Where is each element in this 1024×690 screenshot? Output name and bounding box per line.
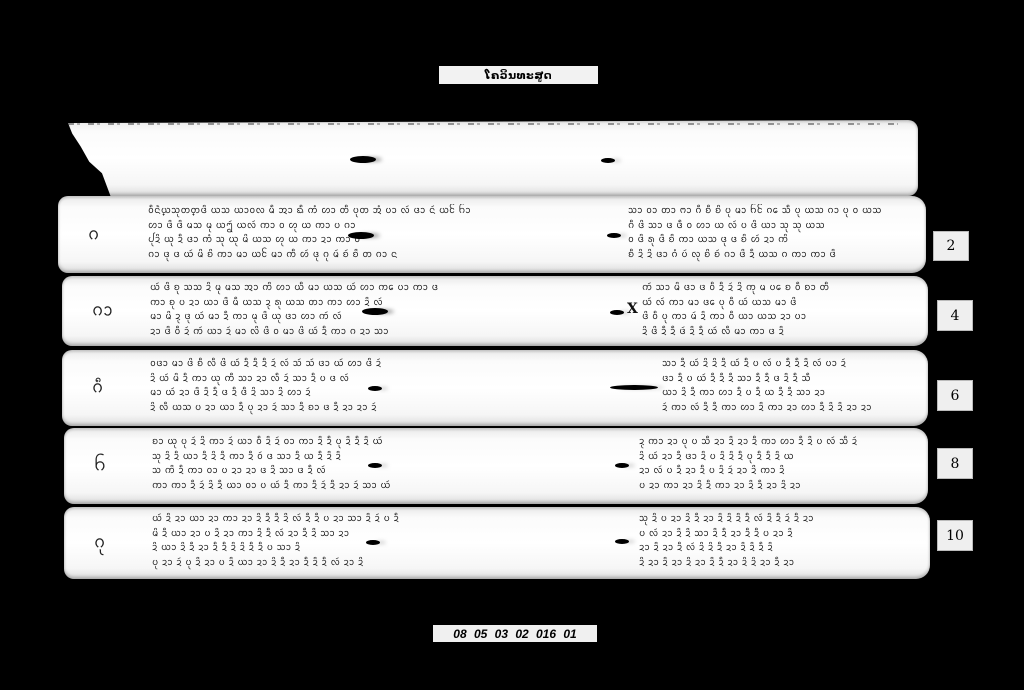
leaf-text-left: ᩅᨴᩣ ᨾᩣ ᨴᩦ ᨧᩥ ᩃᩥ ᨴᩦ ᨿᩢ ᨯᩥ ᨯᩥ ᨯᩥ ᨯᩢ ᩃᩢ ᩈᩢ …: [150, 357, 630, 415]
text-line: ᨾᩦ ᨯᩥ ᨿᩣ ᨯᩣ ᨷ ᨯᩦ ᨯᩣ ᨠᩣ ᨯᩦ ᨯᩥ ᩃᩢ ᨯᩣ ᨯᩥ ᨯᩦ…: [152, 527, 632, 542]
text-line: ᨴᩣ ᨯᩥ ᨷ ᨿᩢ ᨯᩥ ᨯᩥ ᨯᩥ ᩈᩣ ᨯᩥ ᨯᩥ ᨴ ᨯᩦ ᨯᩥ ᩈᩥ: [662, 372, 907, 387]
string-hole-right: [610, 385, 658, 390]
leaf-text-right: ᩈᩣ ᨯᩥ ᨿᩢ ᨯᩦ ᨯᩦ ᨯᩥ ᨿᩢ ᨯᩥ ᨷ ᩃᩢ ᨷ ᨯᩥ ᨯᩥ ᨯᩦ …: [662, 357, 907, 415]
text-line: ᨿᩢ ᨴᩦ ᨧᩩ ᩈᩈ ᨯᩦ ᨾᩩ ᨾᩈ ᩋᩣ ᨠᩦ ᩉᩣ ᨿᩥ ᨾᩣ ᨿᩈ ᨿ…: [150, 281, 620, 296]
string-hole-left: [366, 540, 380, 545]
leaf-text-right: ᨯᩩ ᨠᩣ ᨯᩣ ᨷᩩ ᨷ ᩈᩥ ᨯᩣ ᨯᩦ ᨯᩣ ᨯᩥ ᨠᩣ ᩉᩣ ᨯᩥ ᨯᩦ…: [639, 435, 909, 493]
text-line: ᩉᩣ ᨴᩦ ᨴᩦ ᨾᩈ ᨾᩩ ᨿᩂᩢ ᨿᩃᩢ ᨠᩣ ᩅ ᩉᩩ ᨿ ᨠᩣ ᨷ ᨣᩣ: [148, 219, 628, 234]
text-line: ᨷᩩ ᨯᩣ ᨯᩢ ᨷᩩ ᨯᩦ ᨯᩣ ᨷ ᨯᩦ ᨿᩣ ᨯᩣ ᨯᩦ ᨯᩥ ᨯᩣ ᨯᩥ…: [152, 556, 632, 571]
text-line: ᩅᩥᨶᩫ᩠ᨿᩈᩩᨲ᩠ᨲᨴᩦ ᨿᩈ ᨿᩣᩅᩃ ᨾᩥ ᩋᩣ ᨳᩥ ᨠᩴ ᩉᩣ ᨲᩥ …: [148, 204, 628, 219]
folio-marker: ᨣᩣ: [92, 298, 113, 325]
folio-marker: ᨣᩩ: [94, 530, 105, 557]
palm-leaf-2: ᨣ ᩅᩥᨶᩫ᩠ᨿᩈᩩᨲ᩠ᨲᨴᩦ ᨿᩈ ᨿᩣᩅᩃ ᨾᩥ ᩋᩣ ᨳᩥ ᨠᩴ ᩉᩣ ᨲ…: [58, 196, 926, 273]
folio-marker: ᨣ: [88, 221, 99, 248]
catalog-id-label: 08 05 03 02 016 01: [433, 625, 597, 642]
text-line: ᩈᩩ ᨯᩦ ᨯᩥ ᨿᩣ ᨯᩥ ᨯᩦ ᨯᩥ ᨠᩣ ᨯᩥ ᩅᩢ ᨴ ᩈᩣ ᨯᩥ ᨿ …: [152, 450, 632, 465]
text-line: ᨠᩣ ᨧᩩ ᨷ ᨯᩣ ᨿᩣ ᨴᩦ ᨾᩥ ᨿᩈ ᨯᩩ ᩁᩩ ᨿᩈ ᨲᩣ ᨠᩣ ᩉᩣ…: [150, 296, 620, 311]
title-label: ໂຄວິນທະສູດ: [439, 66, 598, 84]
string-hole-right: [607, 233, 621, 238]
text-line: ᨿᩢ ᩃᩢ ᨠᩣ ᨾᩣ ᨴᩮ ᨷᩩ ᩅᩥ ᨿᩢ ᨿᩈ ᨾᩣ ᨴᩦ: [642, 296, 907, 311]
string-hole-right: [615, 539, 629, 544]
text-line: ᨯᩦ ᨿᩢ ᨾᩦ ᨯᩥ ᨠᩣ ᨿᩩ ᨠᩥ ᩈᩣ ᨯᩣ ᩃᩥ ᨯᩢ ᩈᩣ ᨯᩥ ᨷ…: [150, 372, 630, 387]
page-number-label: 6: [937, 380, 973, 411]
folio-marker: ᨤ: [94, 453, 106, 480]
text-line: ᨠᩢ ᩈᩣ ᨾᩦ ᨴᩣ ᨴ ᩅᩥ ᨯᩥ ᨯᩢ ᨯᩦ ᨠᩩ ᨾ ᨷᩮ ᨧ ᩅᩥ ᨧ…: [642, 281, 907, 296]
leaf-edge-wear: [68, 123, 898, 125]
palm-leaf-5: ᨤ ᨧᩣ ᨿᩩ ᨷᩩ ᨯᩢ ᨯᩦ ᨠᩣ ᨯᩢ ᨿᩣ ᩅᩥ ᨯᩦ ᨯᩢ ᩅᩣ ᨠᩣ…: [64, 428, 928, 504]
folio-marker: ᨣᩥ: [92, 375, 103, 402]
page-number-label: 4: [937, 300, 973, 331]
page-number-label: 2: [933, 231, 969, 261]
text-line: ᩅᨴᩣ ᨾᩣ ᨴᩦ ᨧᩥ ᩃᩥ ᨴᩦ ᨿᩢ ᨯᩥ ᨯᩥ ᨯᩥ ᨯᩢ ᩃᩢ ᩈᩢ …: [150, 357, 630, 372]
text-line: ᩅ ᨴᩦ ᩁᩩ ᨴᩦ ᨧᩦ ᨠᩣ ᨿᩈ ᨴᩩ ᨴ ᨧᩦ ᩉᩢ ᨯᩣ ᨠᩦ: [628, 233, 898, 248]
palm-leaf-3: ᨣᩣ ᨿᩢ ᨴᩦ ᨧᩩ ᩈᩈ ᨯᩦ ᨾᩩ ᨾᩈ ᩋᩣ ᨠᩦ ᩉᩣ ᨿᩥ ᨾᩣ ᨿ…: [62, 276, 928, 346]
text-line: ᨷ ᨯᩣ ᨠᩣ ᨯᩣ ᨯᩦ ᨯᩥ ᨠᩣ ᨯᩣ ᨯᩦ ᨯᩥ ᨯᩣ ᨯᩦ ᨯᩣ: [639, 479, 909, 494]
text-line: ᨧᩥ ᨯᩦ ᨯᩦ ᨴᩣ ᨣᩴ ᨷᩢ ᩃᩩ ᨧᩦ ᨧᩢ ᨣᩣ ᨴᩦ ᨯᩥ ᨿᩈ ᨣ…: [628, 248, 898, 263]
text-line: ᨿᩢ ᨯᩦ ᨯᩣ ᨿᩣ ᨯᩣ ᨠᩣ ᨯᩣ ᨯᩦ ᨯᩥ ᨯᩥ ᨯᩦ ᩃᩢ ᨯᩥ ᨯ…: [152, 512, 632, 527]
leaf-text-right: ᨠᩢ ᩈᩣ ᨾᩦ ᨴᩣ ᨴ ᩅᩥ ᨯᩥ ᨯᩢ ᨯᩦ ᨠᩩ ᨾ ᨷᩮ ᨧ ᩅᩥ ᨧ…: [642, 281, 907, 339]
string-hole-left: [350, 156, 376, 163]
leaf-text-left: ᨧᩣ ᨿᩩ ᨷᩩ ᨯᩢ ᨯᩦ ᨠᩣ ᨯᩢ ᨿᩣ ᩅᩥ ᨯᩦ ᨯᩢ ᩅᩣ ᨠᩣ ᨯ…: [152, 435, 632, 493]
text-line: ᨾᩣ ᨿᩢ ᨯᩣ ᨴᩦ ᨯᩦ ᨯᩥ ᨴ ᨯᩥ ᨴᩥ ᨯᩦ ᩈᩣ ᨯᩦ ᩉᩣ ᨯᩢ: [150, 386, 630, 401]
text-line: ᨯᩦ ᨯᩣ ᨯᩦ ᨯᩣ ᨯᩦ ᨯᩣ ᨯᩦ ᨯᩥ ᨯᩣ ᨯᩦ ᨯᩦ ᨯᩣ ᨯᩥ ᨯ…: [639, 556, 909, 571]
string-hole-right: [615, 463, 629, 468]
text-line: ᨯᩦ ᨿᩢ ᨯᩣ ᨯᩥ ᨴᩣ ᨯᩦ ᨷ ᨯᩦ ᨯᩦ ᨯᩥ ᨷᩩ ᨯᩥ ᨯᩥ ᨯᩦ…: [639, 450, 909, 465]
text-line: ᩈᩣ ᨯᩥ ᨿᩢ ᨯᩦ ᨯᩦ ᨯᩥ ᨿᩢ ᨯᩥ ᨷ ᩃᩢ ᨷ ᨯᩥ ᨯᩥ ᨯᩦ …: [662, 357, 907, 372]
leaf-text-left: ᩅᩥᨶᩫ᩠ᨿᩈᩩᨲ᩠ᨲᨴᩦ ᨿᩈ ᨿᩣᩅᩃ ᨾᩥ ᩋᩣ ᨳᩥ ᨠᩴ ᩉᩣ ᨲᩥ …: [148, 204, 628, 262]
leaf-text-left: ᨿᩢ ᨯᩦ ᨯᩣ ᨿᩣ ᨯᩣ ᨠᩣ ᨯᩣ ᨯᩦ ᨯᩥ ᨯᩥ ᨯᩦ ᩃᩢ ᨯᩥ ᨯ…: [152, 512, 632, 570]
string-hole-left: [348, 232, 374, 239]
leaf-text-right: ᩈᩣ ᩅᩣ ᨲᩣ ᨻᩣ ᨣᩥ ᨧᩥ ᨧᩦ ᨷᩩ ᨾᩣ ᨤᩰ ᨣᩮ ᩈᩥ ᨷᩩ ᨿ…: [628, 204, 898, 262]
string-hole-left: [368, 386, 382, 391]
text-line: ᨯᩣ ᨯᩦ ᨯᩣ ᨯᩥ ᩃᩢ ᨯᩦ ᨯᩦ ᨯᩥ ᨯᩣ ᨯᩦ ᨯᩦ ᨯᩥ ᨯᩦ: [639, 541, 909, 556]
string-hole-right: [610, 310, 624, 315]
palm-leaf-4: ᨣᩥ ᩅᨴᩣ ᨾᩣ ᨴᩦ ᨧᩥ ᩃᩥ ᨴᩦ ᨿᩢ ᨯᩥ ᨯᩥ ᨯᩥ ᨯᩢ ᩃᩢ …: [62, 350, 928, 426]
text-line: ᨯᩢ ᨠᩣ ᩃᩢ ᨯᩥ ᨯᩥ ᨠᩣ ᩉᩣ ᨯᩦ ᨠᩣ ᨯᩣ ᩉᩣ ᨯᩥ ᨯᩦ ᨯ…: [662, 401, 907, 416]
text-line: ᨠᩣ ᨠᩣ ᨯᩥ ᨯᩢ ᨯᩦ ᨯᩥ ᨿᩣ ᩅᩣ ᨷ ᨿᩢ ᨯᩥ ᨠᩣ ᨯᩥ ᨯᩢ…: [152, 479, 632, 494]
text-line: ᨯᩣ ᩃᩢ ᨷ ᨯᩥ ᨯᩣ ᨯᩥ ᨷ ᨯᩦ ᨯᩢ ᨯᩣ ᨯᩦ ᨠᩣ ᨯᩦ: [639, 464, 909, 479]
text-line: ᨴᩦ ᩅᩥ ᨷᩩ ᨠᩣ ᨾᩢ ᨯᩦ ᨠᩣ ᩅᩥ ᨿᩣ ᨿᩈ ᨯᩣ ᨷᩣ: [642, 310, 907, 325]
margin-x-mark: X: [627, 302, 638, 317]
text-line: ᨷ ᩃᩢ ᨯᩣ ᨯᩦ ᨯᩦ ᩈᩣ ᨯᩦ ᨯᩥ ᨯᩣ ᨯᩥ ᨯᩥ ᨷ ᨯᩣ ᨯᩦ: [639, 527, 909, 542]
text-line: ᨣᩥ ᨴᩦ ᩈᩣ ᨴ ᨴᩥ ᩅ ᩉᩣ ᨿ ᩃᩢ ᨷ ᨴᩦ ᨿᩣ ᩈᩩ ᩈᩩ ᨿᩈ: [628, 219, 898, 234]
leaf-text-right: ᩈᩩ ᨯᩦ ᨷ ᨯᩣ ᨯᩦ ᨯᩥ ᨯᩣ ᨯᩦ ᨯᩦ ᨯᩦ ᨯᩥ ᩃᩢ ᨯᩦ ᨯᩥ…: [639, 512, 909, 570]
palm-leaf-1-blank-cover: [68, 120, 918, 196]
text-line: ᨯᩣ ᨴᩦ ᩅᩥ ᨯᩢ ᨠᩢ ᨿᩣ ᨯᩢ ᨾᩣ ᩃᩦ ᨴᩦ ᩅ ᨾᩣ ᨴᩦ ᨿᩢ…: [150, 325, 620, 340]
text-line: ᨯᩦ ᩃᩥ ᨿᩈ ᨷ ᨯᩣ ᨿᩣ ᨯᩥ ᨷᩩ ᨯᩣ ᨯᩢ ᩈᩣ ᨯᩥ ᨧᩣ ᨴ …: [150, 401, 630, 416]
text-line: ᨯᩦ ᨿᩣ ᨯᩦ ᨯᩥ ᨯᩣ ᨯᩥ ᨯᩥ ᨯᩦ ᨯᩦ ᨯᩥ ᨯᩥ ᨷ ᩈᩣ ᨯᩦ: [152, 541, 632, 556]
palm-leaf-6: ᨣᩩ ᨿᩢ ᨯᩦ ᨯᩣ ᨿᩣ ᨯᩣ ᨠᩣ ᨯᩣ ᨯᩦ ᨯᩥ ᨯᩥ ᨯᩦ ᩃᩢ ᨯ…: [64, 507, 930, 579]
text-line: ᨯᩦ ᨴᩦ ᨯᩥ ᨯᩥ ᨴᩢ ᨯᩦ ᨯᩥ ᨿᩢ ᩃᩥ ᨾᩣ ᨠᩣ ᨴ ᨯᩦ: [642, 325, 907, 340]
page-number-label: 8: [937, 448, 973, 479]
string-hole-left: [362, 308, 388, 315]
text-line: ᨯᩩ ᨠᩣ ᨯᩣ ᨷᩩ ᨷ ᩈᩥ ᨯᩣ ᨯᩦ ᨯᩣ ᨯᩥ ᨠᩣ ᩉᩣ ᨯᩥ ᨯᩦ…: [639, 435, 909, 450]
text-line: ᨣᩣ ᨴᩩ ᨴ ᨿᩢ ᨾᩦ ᨧᩦ ᨠᩣ ᨾᩣ ᨿᩰ ᨾᩣ ᨠᩥ ᩉᩢ ᨴᩩ ᨣᩩ…: [148, 248, 628, 263]
text-line: ᩈ ᨠᩦ ᨯᩥ ᨠᩣ ᩅᩣ ᨷ ᨯᩣ ᨯᩣ ᨴ ᨯᩦ ᩈᩣ ᨴ ᨯᩥ ᩃᩢ: [152, 464, 632, 479]
text-line: ᩈᩣ ᩅᩣ ᨲᩣ ᨻᩣ ᨣᩥ ᨧᩥ ᨧᩦ ᨷᩩ ᨾᩣ ᨤᩰ ᨣᩮ ᩈᩥ ᨷᩩ ᨿ…: [628, 204, 898, 219]
string-hole-right: [601, 158, 615, 163]
text-line: ᨸᩩᨯᩦ ᨿᩩ ᨯᩥ ᨴᩣ ᨠᩴ ᩈᩩ ᨿᩩ ᨾᩦ ᨿᩈ ᩉᩩ ᨿ ᨠᩣ ᨯᩣ …: [148, 233, 628, 248]
string-hole-left: [368, 463, 382, 468]
text-line: ᨿᩣ ᨯᩦ ᨯᩥ ᨠᩣ ᩉᩣ ᨯᩥ ᨷ ᨯᩥ ᨿ ᨯᩥ ᨯᩥ ᩈᩣ ᨯᩣ: [662, 386, 907, 401]
text-line: ᩈᩩ ᨯᩦ ᨷ ᨯᩣ ᨯᩦ ᨯᩥ ᨯᩣ ᨯᩦ ᨯᩦ ᨯᩦ ᨯᩥ ᩃᩢ ᨯᩦ ᨯᩥ…: [639, 512, 909, 527]
text-line: ᨧᩣ ᨿᩩ ᨷᩩ ᨯᩢ ᨯᩦ ᨠᩣ ᨯᩢ ᨿᩣ ᩅᩥ ᨯᩦ ᨯᩢ ᩅᩣ ᨠᩣ ᨯ…: [152, 435, 632, 450]
page-number-label: 10: [937, 520, 973, 551]
